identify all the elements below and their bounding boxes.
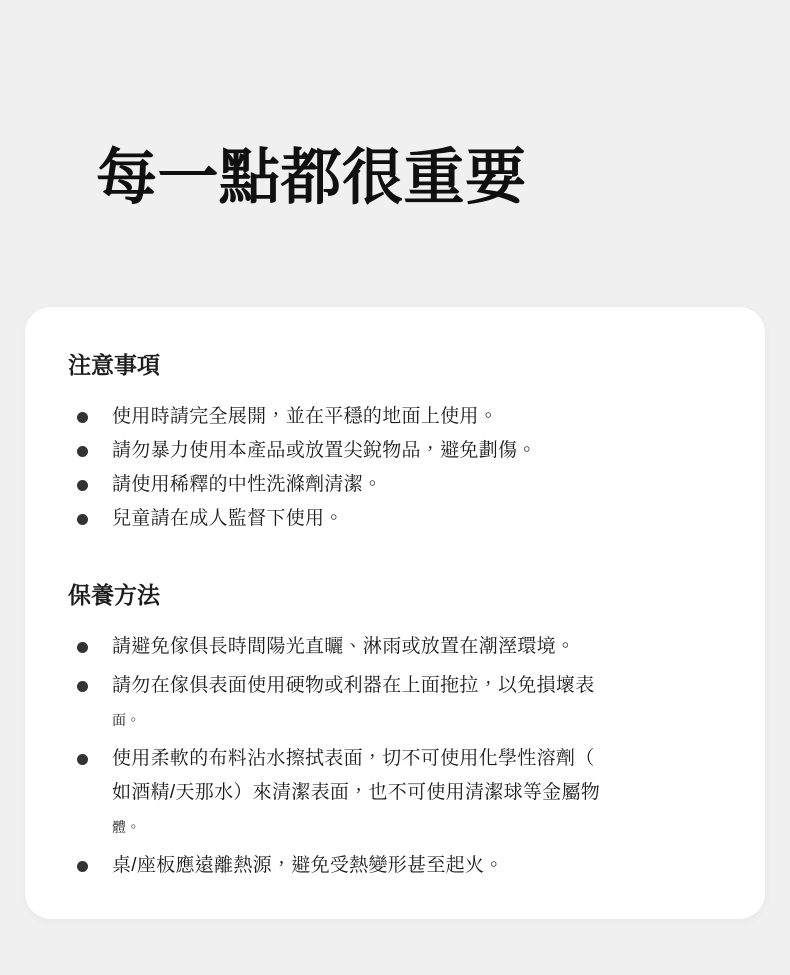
bullet-icon xyxy=(77,681,88,692)
precautions-list: 使用時請完全展開，並在平穩的地面上使用。 請勿暴力使用本產品或放置尖銳物品，避免… xyxy=(68,400,717,536)
list-item: 請避免傢俱長時間陽光直曬、淋雨或放置在潮溼環境。 xyxy=(68,630,717,664)
list-item-text: 請勿在傢俱表面使用硬物或利器在上面拖拉，以免損壞表 xyxy=(112,669,595,703)
bullet-icon xyxy=(77,642,88,653)
list-item-text-continuation: 體。 xyxy=(112,810,600,844)
bullet-icon xyxy=(77,412,88,423)
list-item: 請勿暴力使用本產品或放置尖銳物品，避免劃傷。 xyxy=(68,434,717,468)
list-item-text: 桌/座板應遠離熱源，避免受熱變形甚至起火。 xyxy=(112,849,504,883)
list-item: 使用時請完全展開，並在平穩的地面上使用。 xyxy=(68,400,717,434)
care-list: 請避免傢俱長時間陽光直曬、淋雨或放置在潮溼環境。 請勿在傢俱表面使用硬物或利器在… xyxy=(68,630,717,883)
section-care-heading: 保養方法 xyxy=(68,580,717,610)
list-item-text-continuation: 面。 xyxy=(112,703,595,737)
list-item-text: 兒童請在成人監督下使用。 xyxy=(112,502,344,536)
section-precautions: 注意事項 使用時請完全展開，並在平穩的地面上使用。 請勿暴力使用本產品或放置尖銳… xyxy=(68,350,717,536)
bullet-icon xyxy=(77,754,88,765)
section-precautions-heading: 注意事項 xyxy=(68,350,717,380)
list-item: 兒童請在成人監督下使用。 xyxy=(68,502,717,536)
list-item-text: 請避免傢俱長時間陽光直曬、淋雨或放置在潮溼環境。 xyxy=(112,630,575,664)
list-item: 請使用稀釋的中性洗滌劑清潔。 xyxy=(68,468,717,502)
page-title: 每一點都很重要 xyxy=(96,142,790,214)
page: 每一點都很重要 注意事項 使用時請完全展開，並在平穩的地面上使用。 請勿暴力使用… xyxy=(0,0,790,975)
list-item: 請勿在傢俱表面使用硬物或利器在上面拖拉，以免損壞表 面。 xyxy=(68,669,717,737)
bullet-icon xyxy=(77,514,88,525)
bullet-icon xyxy=(77,480,88,491)
list-item-text: 如酒精/天那水）來清潔表面，也不可使用清潔球等金屬物 xyxy=(112,776,600,810)
bullet-icon xyxy=(77,861,88,872)
section-care: 保養方法 請避免傢俱長時間陽光直曬、淋雨或放置在潮溼環境。 請勿在傢俱表面使用硬… xyxy=(68,580,717,883)
info-card: 注意事項 使用時請完全展開，並在平穩的地面上使用。 請勿暴力使用本產品或放置尖銳… xyxy=(25,307,765,919)
bullet-icon xyxy=(77,446,88,457)
list-item-text: 使用柔軟的布料沾水擦拭表面，切不可使用化學性溶劑（ xyxy=(112,742,600,776)
list-item: 桌/座板應遠離熱源，避免受熱變形甚至起火。 xyxy=(68,849,717,883)
list-item-text: 使用時請完全展開，並在平穩的地面上使用。 xyxy=(112,400,498,434)
list-item-text: 請勿暴力使用本產品或放置尖銳物品，避免劃傷。 xyxy=(112,434,537,468)
list-item: 使用柔軟的布料沾水擦拭表面，切不可使用化學性溶劑（ 如酒精/天那水）來清潔表面，… xyxy=(68,742,717,844)
list-item-text: 請使用稀釋的中性洗滌劑清潔。 xyxy=(112,468,382,502)
